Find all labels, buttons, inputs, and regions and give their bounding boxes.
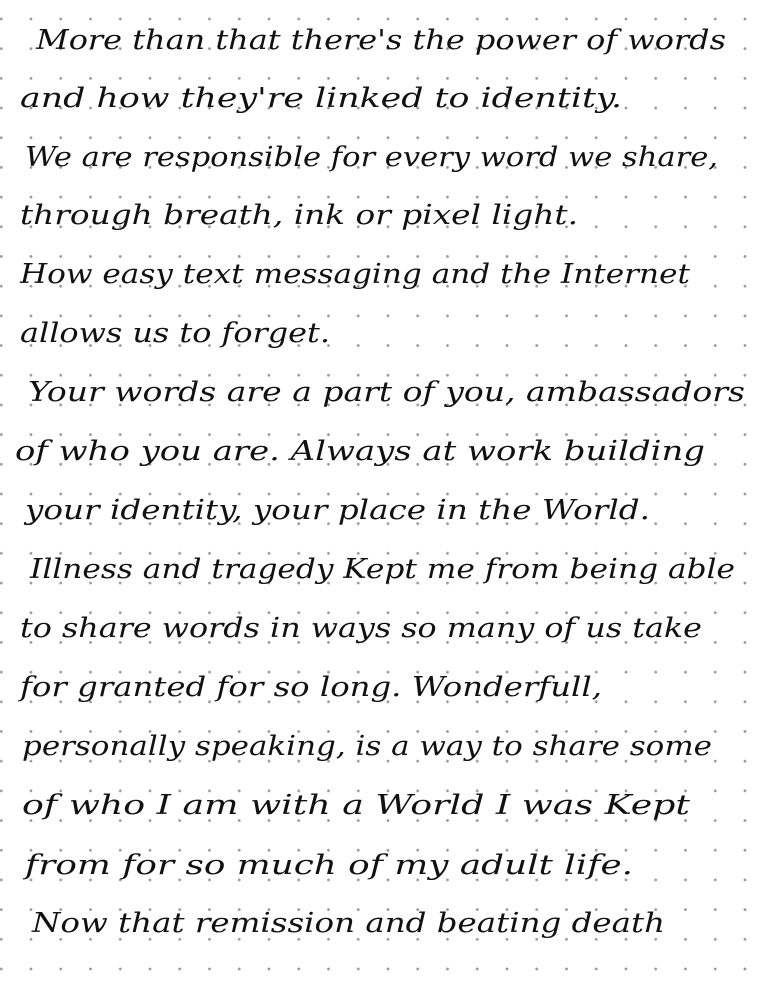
text-line: allows us to forget. xyxy=(20,318,330,349)
text-line: Illness and tragedy Kept me from being a… xyxy=(29,554,735,585)
text-line: More than that there's the power of word… xyxy=(35,25,726,56)
text-line: of who I am with a World I was Kept xyxy=(22,790,690,821)
text-line: your identity, your place in the World. xyxy=(24,495,650,526)
text-line: personally speaking, is a way to share s… xyxy=(22,731,712,762)
text-line: through breath, ink or pixel light. xyxy=(20,200,578,231)
text-line: We are responsible for every word we sha… xyxy=(25,142,718,173)
handwritten-text: More than that there's the power of word… xyxy=(0,0,772,985)
text-line: How easy text messaging and the Internet xyxy=(19,259,690,290)
text-line: from for so much of my adult life. xyxy=(22,850,633,881)
dot-grid-page: More than that there's the power of word… xyxy=(0,0,772,985)
text-line: Your words are a part of you, ambassador… xyxy=(28,377,745,408)
text-line: for granted for so long. Wonderfull, xyxy=(18,672,602,703)
text-line: and how they're linked to identity. xyxy=(20,83,622,114)
text-line: of who you are. Always at work building xyxy=(15,436,705,467)
text-line: Now that remission and beating death xyxy=(31,908,665,939)
text-line: to share words in ways so many of us tak… xyxy=(20,613,702,644)
